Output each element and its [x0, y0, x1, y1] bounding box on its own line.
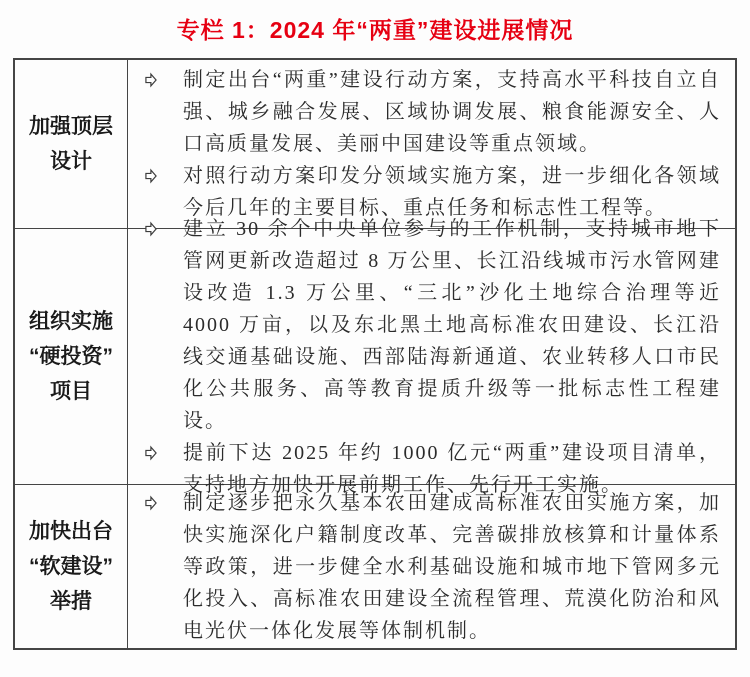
- row-label-line: 举措: [50, 584, 92, 619]
- row-label-line: 组织实施: [29, 304, 113, 339]
- table-row-top-level-design: 加强顶层 设计 制定出台“两重”建设行动方案，支持高水平科技自立自强、城乡融合发…: [15, 60, 735, 228]
- row-label-line: 加强顶层: [29, 109, 113, 144]
- row-label: 加快出台 “软建设” 举措: [15, 485, 128, 648]
- row-label-line: “软建设”: [29, 549, 113, 584]
- row-content: 建立 30 余个中央单位参与的工作机制，支持城市地下管网更新改造超过 8 万公里…: [128, 229, 735, 484]
- progress-table: 加强顶层 设计 制定出台“两重”建设行动方案，支持高水平科技自立自强、城乡融合发…: [13, 58, 737, 650]
- row-label: 加强顶层 设计: [15, 60, 128, 228]
- panel-document: 专栏 1：2024 年“两重”建设进展情况 加强顶层 设计 制定出台“两重”建设…: [0, 0, 750, 677]
- table-row-hard-investment: 组织实施 “硬投资” 项目 建立 30 余个中央单位参与的工作机制，支持城市地下…: [15, 228, 735, 484]
- arrow-right-outline-icon: [145, 64, 183, 88]
- bullet-text: 制定逐步把永久基本农田建成高标准农田实施方案，加快实施深化户籍制度改革、完善碳排…: [183, 487, 721, 647]
- row-label-line: 加快出台: [29, 514, 113, 549]
- arrow-right-outline-icon: [145, 487, 183, 511]
- row-label-line: 设计: [50, 144, 92, 179]
- row-content: 制定逐步把永久基本农田建成高标准农田实施方案，加快实施深化户籍制度改革、完善碳排…: [128, 485, 735, 648]
- bullet-text: 建立 30 余个中央单位参与的工作机制，支持城市地下管网更新改造超过 8 万公里…: [183, 213, 721, 437]
- row-label: 组织实施 “硬投资” 项目: [15, 229, 128, 484]
- bullet-text: 制定出台“两重”建设行动方案，支持高水平科技自立自强、城乡融合发展、区域协调发展…: [183, 64, 721, 160]
- bullet-item: 制定出台“两重”建设行动方案，支持高水平科技自立自强、城乡融合发展、区域协调发展…: [145, 64, 721, 160]
- arrow-right-outline-icon: [145, 213, 183, 237]
- row-label-line: “硬投资”: [29, 339, 113, 374]
- bullet-item: 建立 30 余个中央单位参与的工作机制，支持城市地下管网更新改造超过 8 万公里…: [145, 213, 721, 437]
- row-content: 制定出台“两重”建设行动方案，支持高水平科技自立自强、城乡融合发展、区域协调发展…: [128, 60, 735, 228]
- row-label-line: 项目: [50, 374, 92, 409]
- arrow-right-outline-icon: [145, 160, 183, 184]
- table-row-soft-construction: 加快出台 “软建设” 举措 制定逐步把永久基本农田建成高标准农田实施方案，加快实…: [15, 484, 735, 648]
- panel-title: 专栏 1：2024 年“两重”建设进展情况: [13, 14, 737, 46]
- arrow-right-outline-icon: [145, 437, 183, 461]
- bullet-item: 制定逐步把永久基本农田建成高标准农田实施方案，加快实施深化户籍制度改革、完善碳排…: [145, 487, 721, 647]
